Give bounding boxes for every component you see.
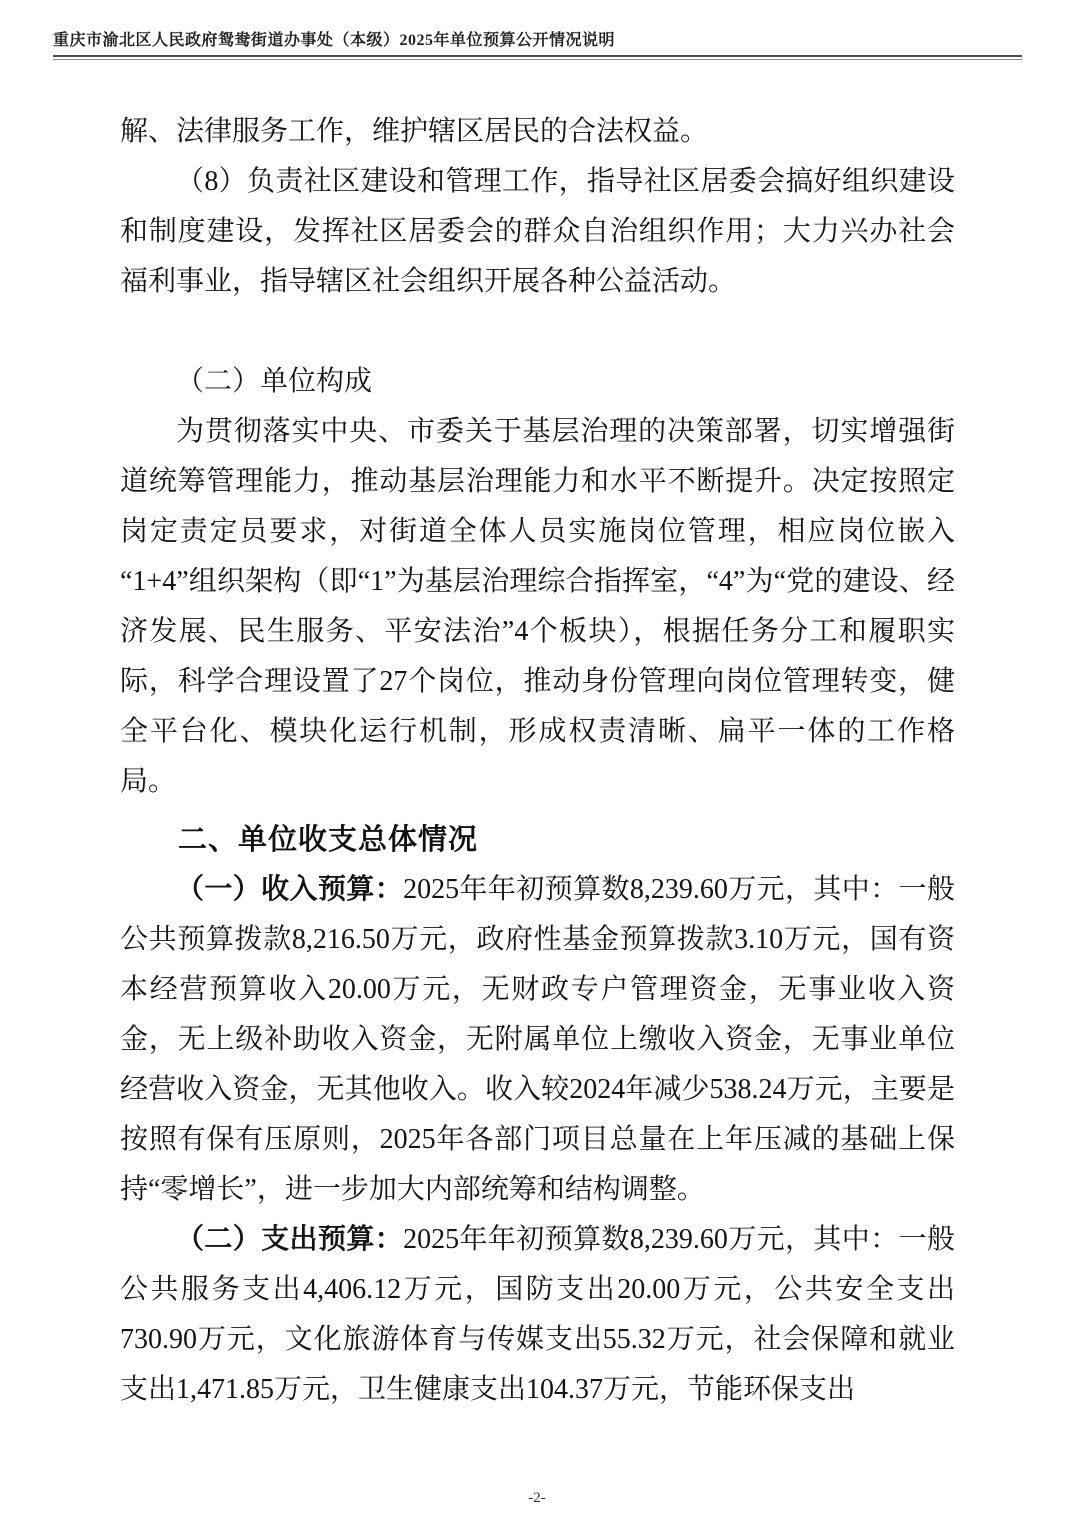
document-page: 重庆市渝北区人民政府鸳鸯街道办事处（本级）2025年单位预算公开情况说明 解、法… bbox=[0, 0, 1074, 1520]
document-header-title: 重庆市渝北区人民政府鸳鸯街道办事处（本级）2025年单位预算公开情况说明 bbox=[53, 0, 1022, 50]
paragraph-unit-composition: 为贯彻落实中央、市委关于基层治理的决策部署，切实增强街道统筹管理能力，推动基层治… bbox=[120, 407, 955, 807]
paragraph-expense-budget: （二）支出预算：2025年年初预算数8,239.60万元，其中：一般公共服务支出… bbox=[120, 1215, 955, 1415]
header-double-rule bbox=[53, 55, 1022, 60]
paragraph-income-budget: （一）收入预算：2025年年初预算数8,239.60万元，其中：一般公共预算拨款… bbox=[120, 865, 955, 1215]
document-body: 解、法律服务工作，维护辖区居民的合法权益。 （8）负责社区建设和管理工作，指导社… bbox=[120, 107, 955, 1415]
paragraph-item-8: （8）负责社区建设和管理工作，指导社区居委会搞好组织建设和制度建设，发挥社区居委… bbox=[120, 157, 955, 307]
heading-revenue-expense-overview: 二、单位收支总体情况 bbox=[120, 815, 955, 865]
income-budget-lead: （一）收入预算： bbox=[176, 874, 403, 905]
heading-unit-composition: （二）单位构成 bbox=[120, 357, 955, 407]
expense-budget-lead: （二）支出预算： bbox=[176, 1224, 403, 1255]
paragraph-continuation: 解、法律服务工作，维护辖区居民的合法权益。 bbox=[120, 107, 955, 157]
income-budget-text: 2025年年初预算数8,239.60万元，其中：一般公共预算拨款8,216.50… bbox=[120, 874, 955, 1205]
page-number: -2- bbox=[0, 1490, 1074, 1507]
blank-line-spacer bbox=[120, 307, 955, 357]
page-header: 重庆市渝北区人民政府鸳鸯街道办事处（本级）2025年单位预算公开情况说明 bbox=[53, 0, 1022, 60]
